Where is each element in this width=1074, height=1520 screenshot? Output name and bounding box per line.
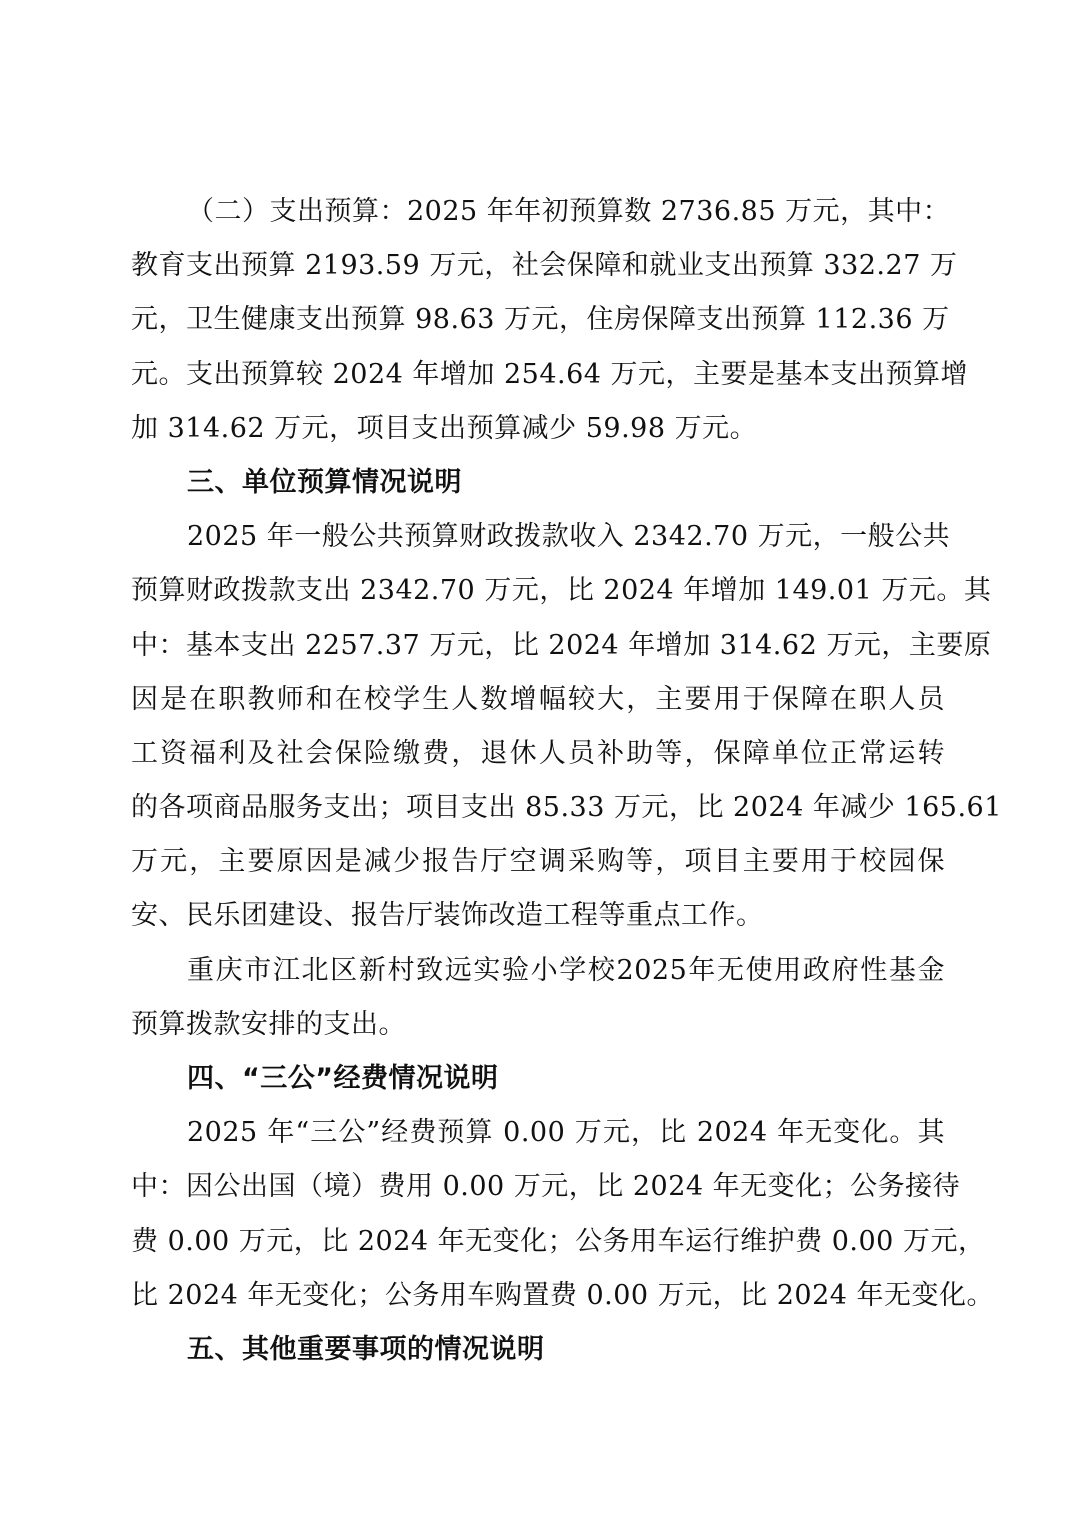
text-line: 2025 年“三公”经费预算 0.00 万元，比 2024 年无变化。其 bbox=[131, 1106, 945, 1160]
text-line: 预算拨款安排的支出。 bbox=[131, 998, 945, 1052]
text-line: 费 0.00 万元，比 2024 年无变化；公务用车运行维护费 0.00 万元， bbox=[131, 1215, 945, 1269]
section-heading-three-public-expenses: 四、“三公”经费情况说明 bbox=[131, 1052, 945, 1106]
text-line: 预算财政拨款支出 2342.70 万元，比 2024 年增加 149.01 万元… bbox=[131, 564, 945, 618]
text-line: 加 314.62 万元，项目支出预算减少 59.98 万元。 bbox=[131, 402, 945, 456]
text-line: 万元，主要原因是减少报告厅空调采购等，项目主要用于校园保 bbox=[131, 835, 945, 889]
text-line: 中：因公出国（境）费用 0.00 万元，比 2024 年无变化；公务接待 bbox=[131, 1160, 945, 1214]
text-line: 教育支出预算 2193.59 万元，社会保障和就业支出预算 332.27 万 bbox=[131, 239, 945, 293]
section-heading-other-matters: 五、其他重要事项的情况说明 bbox=[131, 1323, 945, 1377]
expense-budget-paragraph: （二）支出预算：2025 年年初预算数 2736.85 万元，其中： 教育支出预… bbox=[131, 185, 945, 456]
text-line: 因是在职教师和在校学生人数增幅较大，主要用于保障在职人员 bbox=[131, 673, 945, 727]
text-line: 的各项商品服务支出；项目支出 85.33 万元，比 2024 年减少 165.6… bbox=[131, 781, 945, 835]
text-line: 元。支出预算较 2024 年增加 254.64 万元，主要是基本支出预算增 bbox=[131, 348, 945, 402]
text-line: 元，卫生健康支出预算 98.63 万元，住房保障支出预算 112.36 万 bbox=[131, 293, 945, 347]
text-line: 工资福利及社会保险缴费，退休人员补助等，保障单位正常运转 bbox=[131, 727, 945, 781]
text-line: 2025 年一般公共预算财政拨款收入 2342.70 万元，一般公共 bbox=[131, 510, 945, 564]
text-line: 重庆市江北区新村致远实验小学校2025年无使用政府性基金 bbox=[131, 944, 945, 998]
text-line: 比 2024 年无变化；公务用车购置费 0.00 万元，比 2024 年无变化。 bbox=[131, 1269, 945, 1323]
government-fund-paragraph: 重庆市江北区新村致远实验小学校2025年无使用政府性基金 预算拨款安排的支出。 bbox=[131, 944, 945, 1052]
document-page: （二）支出预算：2025 年年初预算数 2736.85 万元，其中： 教育支出预… bbox=[131, 185, 945, 1377]
section-heading-unit-budget: 三、单位预算情况说明 bbox=[131, 456, 945, 510]
three-public-expenses-paragraph: 2025 年“三公”经费预算 0.00 万元，比 2024 年无变化。其 中：因… bbox=[131, 1106, 945, 1323]
text-line: 安、民乐团建设、报告厅装饰改造工程等重点工作。 bbox=[131, 889, 945, 943]
text-line: （二）支出预算：2025 年年初预算数 2736.85 万元，其中： bbox=[131, 185, 945, 239]
text-line: 中：基本支出 2257.37 万元，比 2024 年增加 314.62 万元，主… bbox=[131, 619, 945, 673]
unit-budget-paragraph: 2025 年一般公共预算财政拨款收入 2342.70 万元，一般公共 预算财政拨… bbox=[131, 510, 945, 944]
